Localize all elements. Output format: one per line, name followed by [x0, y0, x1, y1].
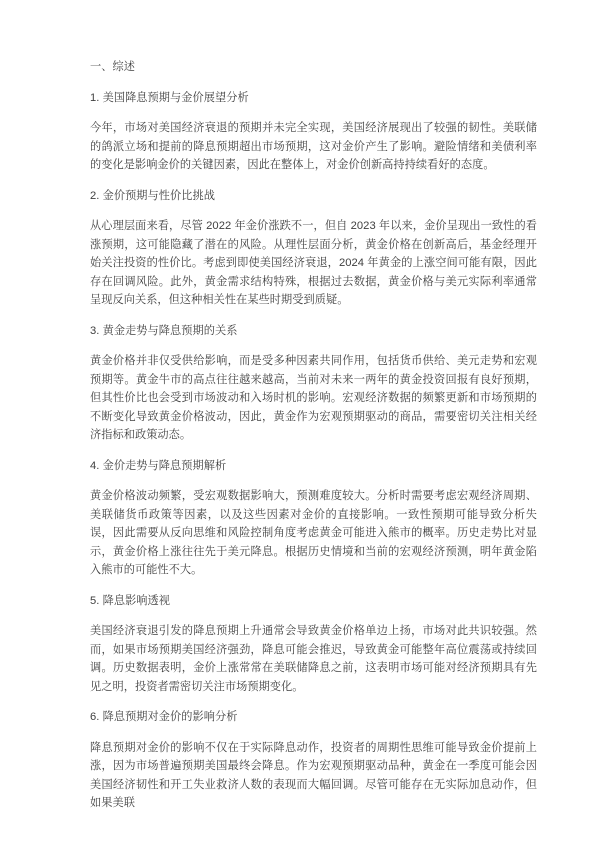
section-5-heading: 5. 降息影响透视	[90, 592, 537, 611]
document-page: 一、综述 1. 美国降息预期与金价展望分析 今年，市场对美国经济衰退的预期并未完…	[0, 0, 595, 842]
section-4-body: 黄金价格波动频繁，受宏观数据影响大，预测难度较大。分析时需要考虑宏观经济周期、美…	[90, 487, 537, 580]
section-rate-cut-expectation-gold-impact: 6. 降息预期对金价的影响分析 降息预期对金价的影响不仅在于实际降息动作，投资者…	[90, 708, 537, 813]
section-us-rate-cut-gold-outlook: 1. 美国降息预期与金价展望分析 今年，市场对美国经济衰退的预期并未完全实现，美…	[90, 89, 537, 175]
section-2-heading: 2. 金价预期与性价比挑战	[90, 187, 537, 206]
section-gold-trend-rate-cut-analysis: 4. 金价走势与降息预期解析 黄金价格波动频繁，受宏观数据影响大，预测难度较大。…	[90, 457, 537, 580]
section-5-body: 美国经济衰退引发的降息预期上升通常会导致黄金价格单边上扬，市场对此共识较强。然而…	[90, 622, 537, 696]
document-title: 一、综述	[90, 58, 537, 77]
section-rate-cut-impact-perspective: 5. 降息影响透视 美国经济衰退引发的降息预期上升通常会导致黄金价格单边上扬，市…	[90, 592, 537, 697]
section-4-heading: 4. 金价走势与降息预期解析	[90, 457, 537, 476]
section-1-body: 今年，市场对美国经济衰退的预期并未完全实现，美国经济展现出了较强的韧性。美联储的…	[90, 119, 537, 175]
section-gold-price-expectation-value-challenge: 2. 金价预期与性价比挑战 从心理层面来看，尽管 2022 年金价涨跌不一，但自…	[90, 187, 537, 310]
section-1-heading: 1. 美国降息预期与金价展望分析	[90, 89, 537, 108]
section-3-heading: 3. 黄金走势与降息预期的关系	[90, 322, 537, 341]
section-6-body: 降息预期对金价的影响不仅在于实际降息动作，投资者的周期性思维可能导致金价提前上涨…	[90, 739, 537, 813]
section-6-heading: 6. 降息预期对金价的影响分析	[90, 708, 537, 727]
section-3-body: 黄金价格并非仅受供给影响，而是受多种因素共同作用，包括货币供给、美元走势和宏观预…	[90, 352, 537, 445]
section-gold-trend-rate-cut-relation: 3. 黄金走势与降息预期的关系 黄金价格并非仅受供给影响，而是受多种因素共同作用…	[90, 322, 537, 445]
section-2-body: 从心理层面来看，尽管 2022 年金价涨跌不一，但自 2023 年以来，金价呈现…	[90, 217, 537, 310]
